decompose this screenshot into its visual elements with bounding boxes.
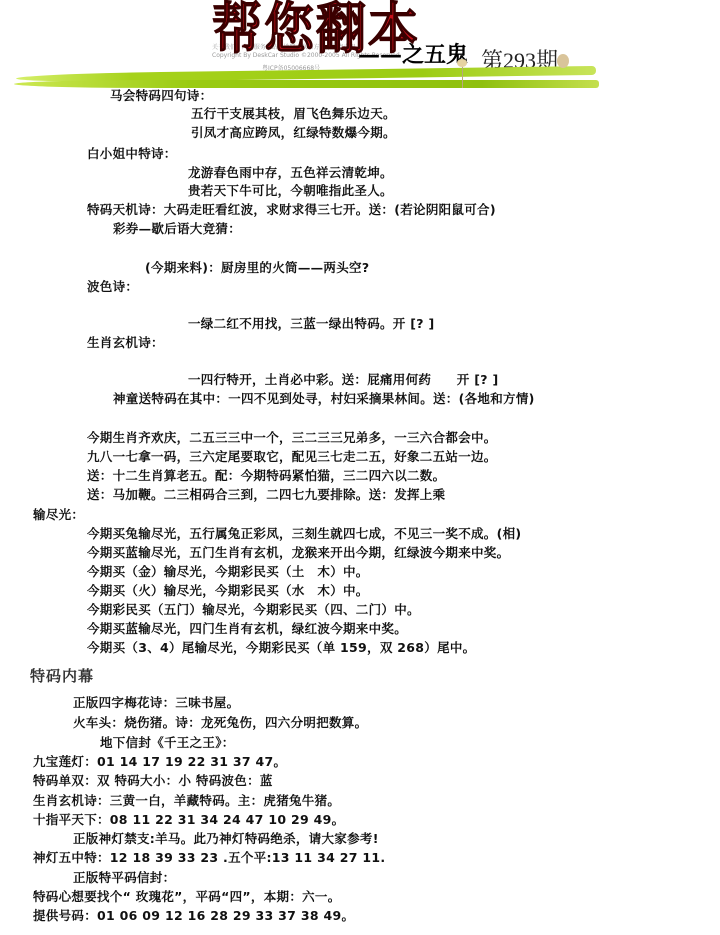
text-line: 引凤才高应跨凤，红绿特数爆今期。 (191, 125, 396, 141)
text-line: 送：十二生肖算老五。配：今期特码紧怕猫，三二四六以二数。 (87, 468, 445, 484)
text-line: 九宝莲灯：01 14 17 19 22 31 37 47。 (33, 754, 286, 770)
text-line: 一绿二红不用找，三蓝一绿出特码。开 [? ] (188, 316, 434, 332)
text-line: 今期买兔输尽光，五行属兔正彩凤，三刻生就四七成，不见三一奖不成。(相) (87, 526, 521, 542)
text-line: 特码单双：双 特码大小：小 特码波色：蓝 (33, 773, 273, 789)
text-line: 彩券—歇后语大竞猜： (113, 221, 241, 237)
text-line: 生肖玄机诗：三黄一白，羊藏特码。主：虎猪兔牛猪。 (33, 793, 340, 809)
text-line: 提供号码：01 06 09 12 16 28 29 33 37 38 49。 (33, 908, 354, 924)
text-line: 今期买蓝输尽光，五门生肖有玄机，龙猴来开出今期，红绿波今期来中奖。 (87, 545, 509, 561)
text-line: 龙游春色雨中存，五色祥云清乾坤。 (188, 165, 393, 181)
text-line: 今期生肖齐欢庆，二五三三中一个，三二三三兄弟多，一三六合都会中。 (87, 430, 497, 446)
text-line: 一四行特开，土肖必中彩。送：屁痛用何药 开 [? ] (188, 372, 498, 388)
text-line: 今期买（火）输尽光，今期彩民买（水 木）中。 (87, 583, 369, 599)
text-line: 特码心想要找个“ 玫瑰花”，平码“四”，本期：六一。 (33, 889, 341, 905)
text-line: 今期买蓝输尽光，四门生肖有玄机，绿红波今期来中奖。 (87, 621, 407, 637)
green-band-bottom (14, 80, 599, 88)
section-heading: 特码内幕 (30, 665, 94, 686)
decorative-mushroom-icon (457, 59, 467, 67)
text-line: 波色诗： (87, 279, 138, 295)
text-line: 正版四字梅花诗：三味书屋。 (73, 695, 239, 711)
text-line: 神童送特码在其中：一四不见到处寻，村妇采摘果林间。送：(各地和方情) (113, 391, 535, 407)
text-line: 五行干支展其枝，眉飞色舞乐边天。 (191, 106, 396, 122)
banner-header: 关于我们 | 广告服务 | 站点地图 | 联系方式 | 免责声明 Copyrig… (0, 0, 720, 92)
text-line: 今期彩民买（五门）输尽光，今期彩民买（四、二门）中。 (87, 602, 420, 618)
text-line: 生肖玄机诗： (87, 335, 164, 351)
text-line: 马会特码四句诗： (110, 88, 212, 104)
text-line: (今期来料)：厨房里的火筒——两头空? (145, 260, 369, 276)
text-line: 送：马加鞭。二三相码合三到，二四七九要排除。送：发挥上乘 (87, 487, 445, 503)
text-line: 今期买（金）输尽光，今期彩民买（土 木）中。 (87, 564, 369, 580)
banner-subtitle: ——之五鬼 (358, 38, 468, 69)
text-line: 火车头：烧伤猪。诗：龙死兔伤，四六分明把数算。 (73, 715, 367, 731)
text-line: 神灯五中特：12 18 39 33 23 .五个平:13 11 34 27 11… (33, 850, 385, 866)
text-line: 今期买（3、4）尾输尽光，今期彩民买（单 159，双 268）尾中。 (87, 640, 475, 656)
text-line: 正版特平码信封： (73, 870, 175, 886)
text-line: 正版神灯禁支:羊马。此乃神灯特码绝杀，请大家参考! (73, 831, 379, 847)
text-line: 十指平天下：08 11 22 31 34 24 47 10 29 49。 (33, 812, 344, 828)
text-line: 特码天机诗：大码走旺看红波，求财求得三七开。送：(若论阴阳鼠可合) (87, 202, 496, 218)
text-line: 输尽光： (33, 507, 84, 523)
decorative-figure-icon (557, 54, 569, 68)
text-line: 地下信封《千王之王》： (100, 735, 235, 751)
text-line: 白小姐中特诗： (87, 146, 177, 162)
text-line: 九八一七拿一码，三六定尾要取它，配见三七走二五，好象二五站一边。 (87, 449, 497, 465)
text-line: 贵若天下牛可比，今朝唯指此圣人。 (188, 183, 393, 199)
